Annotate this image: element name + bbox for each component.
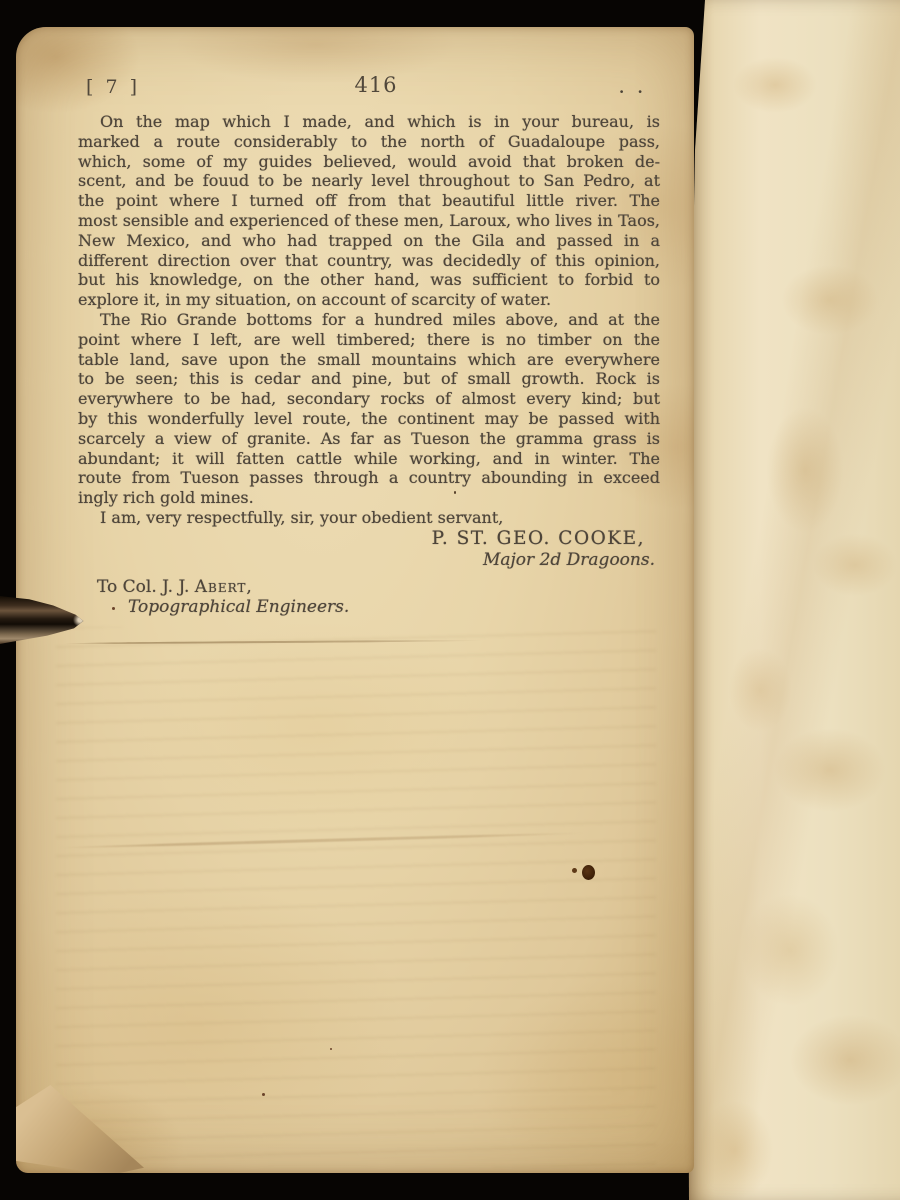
text-line: everywhere to be had, secondary rocks of…: [78, 389, 660, 409]
addressee-title: Topographical Engineers.: [78, 597, 660, 617]
paper-crease: [64, 640, 484, 645]
ink-stain-spot: [572, 868, 577, 873]
paragraph: The Rio Grande bottoms for a hundred mil…: [78, 310, 660, 508]
text-showthrough: [56, 627, 656, 1167]
text-line: point where I left, are well timbered; t…: [78, 330, 660, 350]
text-line: to be seen; this is cedar and pine, but …: [78, 369, 660, 389]
text-line: different direction over that country, w…: [78, 251, 660, 271]
foxing-speck: [112, 607, 115, 610]
ink-stain-spot: [582, 865, 595, 880]
addressee-line: To Col. J. J. Abert,: [78, 577, 660, 597]
text-line: which, some of my guides believed, would…: [78, 152, 660, 172]
folio-number: [ 7 ]: [86, 76, 140, 98]
addressee-prefix: To Col. J. J.: [97, 577, 195, 597]
text-line: table land, save upon the small mountain…: [78, 350, 660, 370]
signature-title: Major 2d Dragoons.: [78, 550, 660, 571]
signature-name: P. ST. GEO. COOKE,: [78, 528, 660, 550]
text-line: the point where I turned off from that b…: [78, 191, 660, 211]
text-line: route from Tueson passes through a count…: [78, 468, 660, 488]
text-line: New Mexico, and who had trapped on the G…: [78, 231, 660, 251]
text-line: explore it, in my situation, on account …: [78, 290, 660, 310]
addressee-name: Abert,: [195, 577, 253, 597]
text-line: scarcely a view of granite. As far as Tu…: [78, 429, 660, 449]
text-line: On the map which I made, and which is in…: [78, 112, 660, 132]
salutation-line: I am, very respectfully, sir, your obedi…: [78, 508, 660, 528]
scanned-book-photo: { "document": { "kind": "scanned antiqua…: [0, 0, 900, 1200]
ink-marks: . .: [619, 79, 647, 97]
text-line: scent, and be fouud to be nearly level t…: [78, 171, 660, 191]
foxing-speck: [454, 491, 456, 494]
paper-crease: [56, 832, 586, 850]
letter-body: On the map which I made, and which is in…: [78, 112, 660, 617]
text-line: marked a route considerably to the north…: [78, 132, 660, 152]
corner-fold: [16, 1085, 144, 1173]
text-line: ingly rich gold mines.: [78, 488, 660, 508]
book-page: [ 7 ] 416 . . On the map which I made, a…: [16, 27, 694, 1173]
paragraph: On the map which I made, and which is in…: [78, 112, 660, 310]
text-line: but his knowledge, on the other hand, wa…: [78, 270, 660, 290]
text-line: by this wonderfully level route, the con…: [78, 409, 660, 429]
page-number: 416: [316, 73, 436, 97]
foxing-speck: [262, 1093, 265, 1096]
text-line: The Rio Grande bottoms for a hundred mil…: [78, 310, 660, 330]
text-line: abundant; it will fatten cattle while wo…: [78, 449, 660, 469]
text-line: most sensible and experienced of these m…: [78, 211, 660, 231]
foxing-speck: [330, 1048, 332, 1050]
facing-page-edge: [680, 0, 900, 1200]
